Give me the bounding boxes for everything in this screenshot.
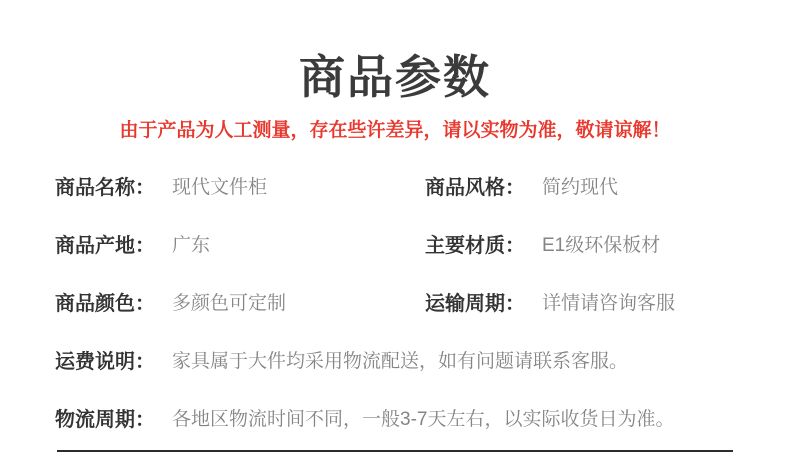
product-parameters-page: 商品参数 由于产品为人工测量，存在些许差异，请以实物为准，敬请谅解！ 商品名称：… — [0, 0, 790, 472]
bottom-divider-line — [57, 450, 733, 452]
parameter-label: 运费说明： — [55, 345, 172, 374]
parameter-row: 运费说明： 家具属于大件均采用物流配送，如有问题请联系客服。 — [0, 330, 790, 388]
parameter-label: 商品名称： — [55, 171, 172, 200]
parameter-value: 多颜色可定制 — [172, 288, 286, 315]
parameter-item-name: 商品名称： 现代文件柜 — [55, 171, 425, 200]
parameter-item-material: 主要材质： E1级环保板材 — [425, 229, 760, 258]
parameter-item-shipping-cycle: 运输周期： 详情请咨询客服 — [425, 287, 760, 316]
parameter-label: 商品颜色： — [55, 287, 172, 316]
parameter-item-logistics-cycle: 物流周期： 各地区物流时间不同，一般3-7天左右，以实际收货日为准。 — [55, 403, 760, 432]
parameter-row: 商品名称： 现代文件柜 商品风格： 简约现代 — [0, 156, 790, 214]
parameter-item-style: 商品风格： 简约现代 — [425, 171, 760, 200]
parameter-list: 商品名称： 现代文件柜 商品风格： 简约现代 商品产地： 广东 主要材质： E1… — [0, 156, 790, 446]
parameter-label: 主要材质： — [425, 229, 542, 258]
parameter-label: 商品风格： — [425, 171, 542, 200]
parameter-label: 商品产地： — [55, 229, 172, 258]
measurement-disclaimer-text: 由于产品为人工测量，存在些许差异，请以实物为准，敬请谅解！ — [0, 120, 790, 142]
parameter-label: 运输周期： — [425, 287, 542, 316]
parameter-value: 家具属于大件均采用物流配送，如有问题请联系客服。 — [172, 346, 628, 373]
parameter-row: 物流周期： 各地区物流时间不同，一般3-7天左右，以实际收货日为准。 — [0, 388, 790, 446]
parameter-value: 广东 — [172, 230, 210, 257]
parameter-value: 各地区物流时间不同，一般3-7天左右，以实际收货日为准。 — [172, 404, 674, 431]
parameter-label: 物流周期： — [55, 403, 172, 432]
page-title: 商品参数 — [0, 0, 790, 102]
parameter-row: 商品产地： 广东 主要材质： E1级环保板材 — [0, 214, 790, 272]
parameter-value: E1级环保板材 — [542, 230, 660, 257]
parameter-item-freight-note: 运费说明： 家具属于大件均采用物流配送，如有问题请联系客服。 — [55, 345, 760, 374]
parameter-value: 现代文件柜 — [172, 172, 267, 199]
parameter-row: 商品颜色： 多颜色可定制 运输周期： 详情请咨询客服 — [0, 272, 790, 330]
parameter-value: 详情请咨询客服 — [542, 288, 675, 315]
parameter-item-color: 商品颜色： 多颜色可定制 — [55, 287, 425, 316]
parameter-item-origin: 商品产地： 广东 — [55, 229, 425, 258]
parameter-value: 简约现代 — [542, 172, 618, 199]
